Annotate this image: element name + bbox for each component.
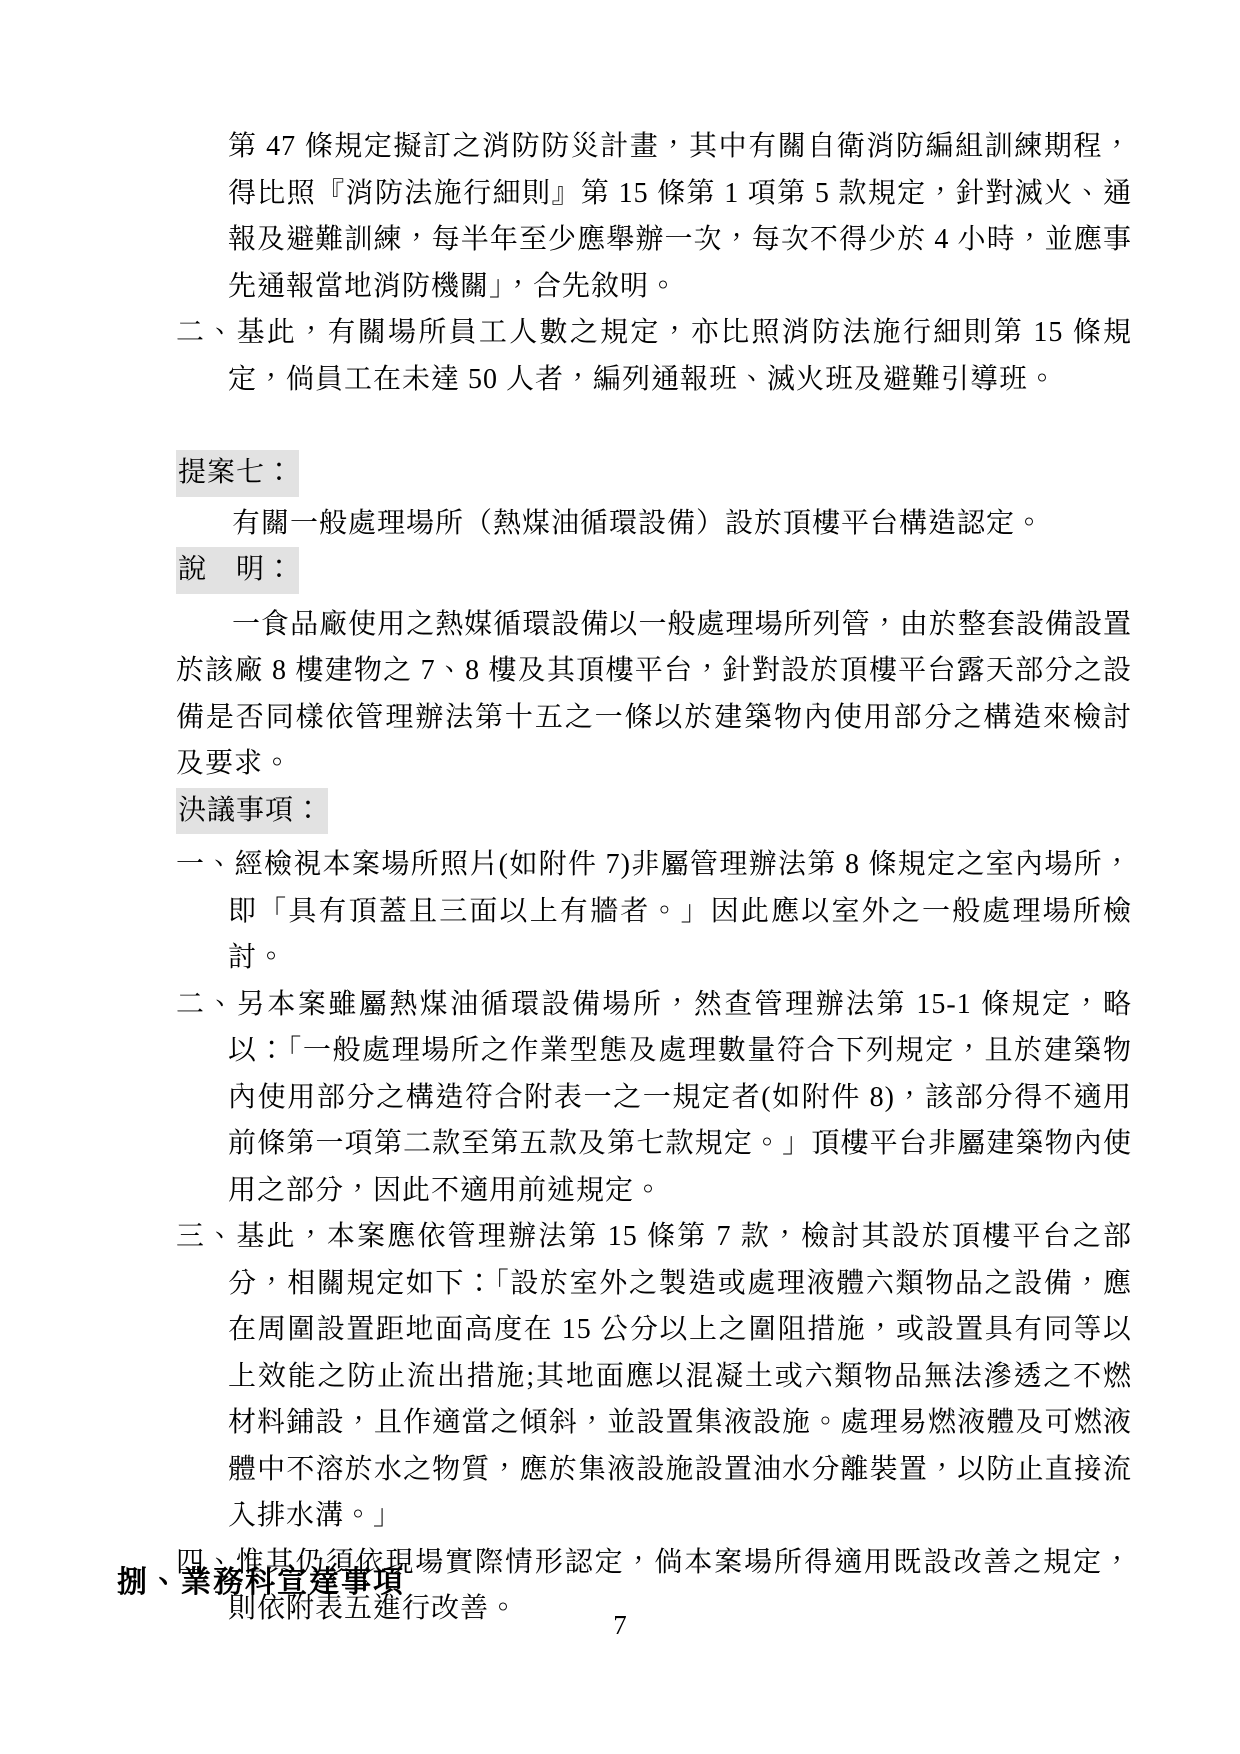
explanation-label-line: 說 明： bbox=[176, 547, 1132, 594]
list-item: 三、基此，本案應依管理辦法第 15 條第 7 款，檢討其設於頂樓平台之部分，相關… bbox=[228, 1214, 1132, 1540]
proposal-label-line: 提案七： bbox=[176, 450, 1132, 497]
resolution-label: 決議事項： bbox=[176, 788, 328, 835]
section-heading: 捌、業務科宣達事項 bbox=[117, 1560, 405, 1607]
proposal-label: 提案七： bbox=[176, 450, 299, 497]
list-item: 二、另本案雖屬熱煤油循環設備場所，然查管理辦法第 15-1 條規定，略以：「一般… bbox=[228, 982, 1132, 1215]
list-item-text: 基此，本案應依管理辦法第 15 條第 7 款，檢討其設於頂樓平台之部分，相關規定… bbox=[228, 1221, 1132, 1531]
list-item-text: 基此，有關場所員工人數之規定，亦比照消防法施行細則第 15 條規定，倘員工在未達… bbox=[228, 317, 1132, 395]
carryover-text: 第 47 條規定擬訂之消防防災計畫，其中有關自衛消防編組訓練期程，得比照『消防法… bbox=[228, 131, 1132, 302]
list-item: 一、經檢視本案場所照片(如附件 7)非屬管理辦法第 8 條規定之室內場所，即「具… bbox=[228, 842, 1132, 982]
page-number: 7 bbox=[0, 1602, 1240, 1649]
explanation-paragraph: 一食品廠使用之熱媒循環設備以一般處理場所列管，由於整套設備設置於該廠 8 樓建物… bbox=[176, 602, 1132, 788]
list-item: 二、基此，有關場所員工人數之規定，亦比照消防法施行細則第 15 條規定，倘員工在… bbox=[228, 310, 1132, 403]
list-item-text: 另本案雖屬熱煤油循環設備場所，然查管理辦法第 15-1 條規定，略以：「一般處理… bbox=[228, 989, 1132, 1206]
carryover-paragraph: 第 47 條規定擬訂之消防防災計畫，其中有關自衛消防編組訓練期程，得比照『消防法… bbox=[228, 124, 1132, 310]
list-item-marker: 二、 bbox=[176, 317, 237, 348]
proposal-subject: 有關一般處理場所（熱煤油循環設備）設於頂樓平台構造認定。 bbox=[176, 501, 1132, 548]
explanation-label: 說 明： bbox=[176, 547, 299, 594]
list-item-marker: 一、 bbox=[176, 849, 235, 880]
document-page: 第 47 條規定擬訂之消防防災計畫，其中有關自衛消防編組訓練期程，得比照『消防法… bbox=[0, 0, 1240, 1754]
resolution-label-line: 決議事項： bbox=[176, 788, 1132, 835]
list-item-marker: 二、 bbox=[176, 989, 237, 1020]
page-body: 第 47 條規定擬訂之消防防災計畫，其中有關自衛消防編組訓練期程，得比照『消防法… bbox=[176, 124, 1132, 1633]
list-item-marker: 三、 bbox=[176, 1221, 236, 1252]
list-item-text: 經檢視本案場所照片(如附件 7)非屬管理辦法第 8 條規定之室內場所，即「具有頂… bbox=[228, 849, 1132, 973]
